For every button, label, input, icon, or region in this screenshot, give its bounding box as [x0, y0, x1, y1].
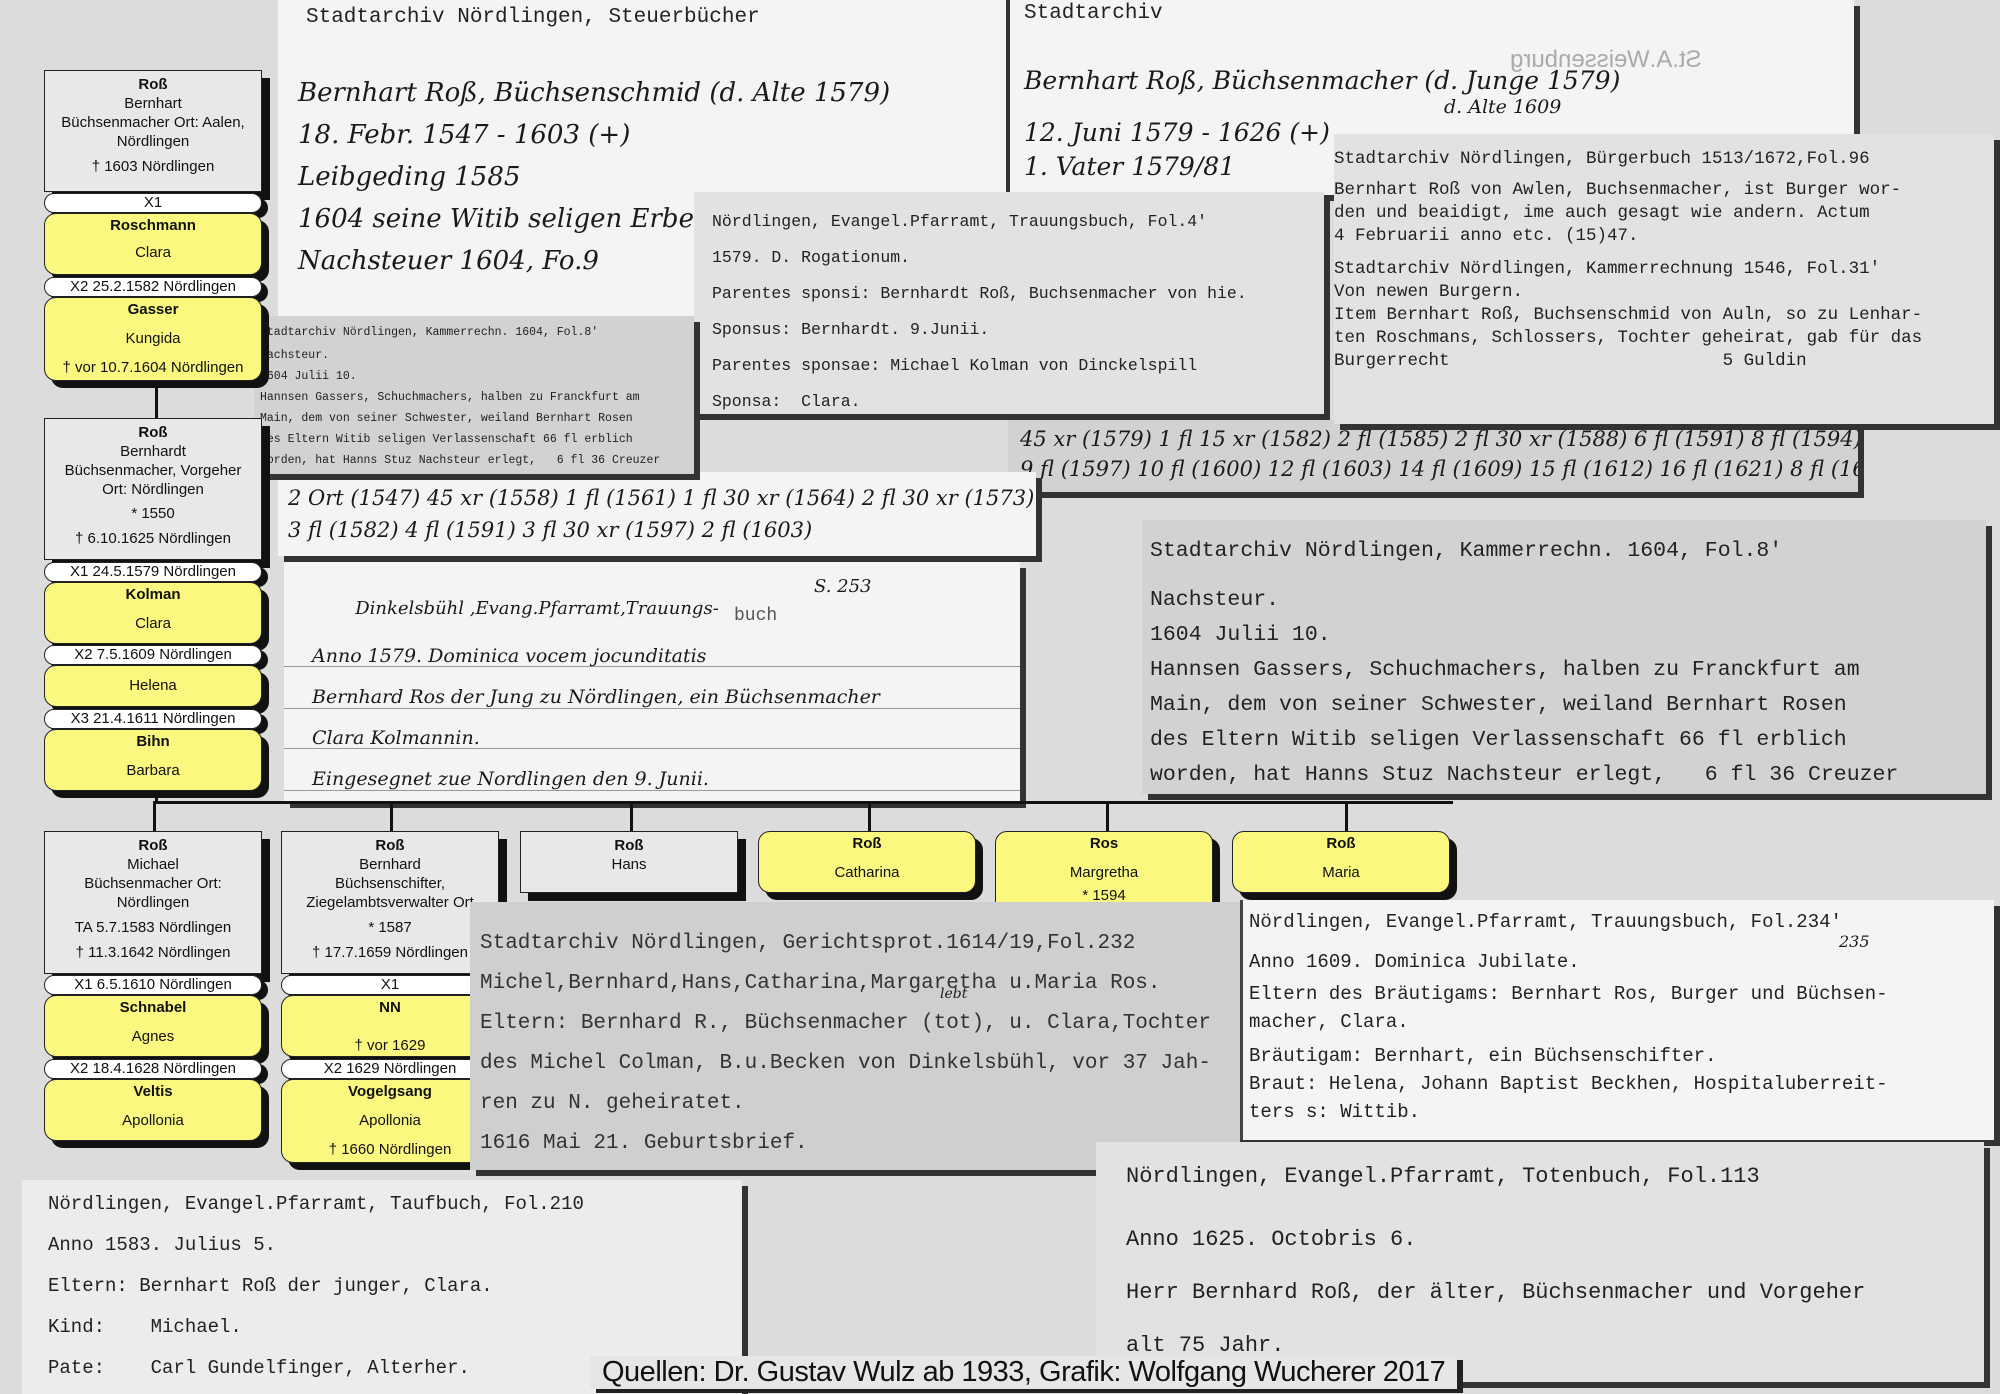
card-line: Parentes sponsi: Bernhardt Roß, Buchsenm…: [712, 276, 1247, 312]
given-name: Clara: [45, 243, 261, 262]
card-title: Stadtarchiv Nördlingen, Gerichtsprot.161…: [480, 924, 1211, 964]
surname: Gasser: [45, 300, 261, 319]
card-title: Stadtarchiv Nördlingen, Kammerrechnung 1…: [1334, 258, 1922, 281]
given-name: Clara: [45, 614, 261, 633]
spouse-veltis-apollonia[interactable]: Veltis Apollonia: [44, 1079, 262, 1141]
correction-note: 235: [1249, 936, 1888, 948]
given-name: Catharina: [759, 863, 975, 882]
hand-line: Bernhart Roß, Büchsenmacher (d. Junge 15…: [1024, 64, 1620, 98]
marriage-label: X2 25.2.1582 Nördlingen: [44, 277, 262, 297]
birth: * 1550: [45, 504, 261, 523]
surname: Roß: [45, 836, 261, 855]
page-number: S. 253: [814, 576, 872, 597]
card-title: Nördlingen, Evangel.Pfarramt, Trauungsbu…: [1249, 908, 1888, 936]
surname: Ros: [996, 834, 1212, 853]
given-name: Agnes: [45, 1027, 261, 1046]
spouse-helena[interactable]: Helena: [44, 665, 262, 707]
card-line: 4 Februarii anno etc. (15)47.: [1334, 225, 1922, 248]
card-line: Herr Bernhard Roß, der älter, Büchsenmac…: [1126, 1266, 1865, 1319]
card-line: den und beaidigt, ime auch gesagt wie an…: [1334, 202, 1922, 225]
card-title-cont: buch: [734, 606, 777, 626]
card-line: des Eltern Witib seligen Verlassenschaft…: [1150, 723, 1898, 758]
person-bernhart-ross-gen1[interactable]: Roß Bernhart Büchsenmacher Ort: Aalen, N…: [44, 70, 262, 192]
marriage-label: X2 7.5.1609 Nördlingen: [44, 645, 262, 665]
surname: NN: [282, 998, 498, 1017]
occupation: Büchsenmacher Ort:: [45, 874, 261, 893]
connector-line: [1345, 801, 1348, 831]
card-kammerrechnung-large: Stadtarchiv Nördlingen, Kammerrechn. 160…: [1142, 520, 1986, 794]
death: † vor 1629: [282, 1036, 498, 1055]
connector-line: [390, 801, 393, 831]
marriage-label: X1 6.5.1610 Nördlingen: [44, 975, 262, 995]
card-line: Nachsteur.: [1150, 583, 1898, 618]
occupation: Büchsenmacher, Vorgeher: [45, 461, 261, 480]
hand-line: 18. Febr. 1547 - 1603 (+): [298, 114, 890, 156]
given-name: Apollonia: [45, 1111, 261, 1130]
hand-line: d. Alte 1609: [1024, 98, 1620, 116]
death: † 17.7.1659 Nördlingen: [282, 943, 498, 962]
connector-line: [868, 801, 871, 831]
card-line: Anno 1609. Dominica Jubilate.: [1249, 948, 1888, 976]
occupation: Büchsenmacher Ort: Aalen,: [45, 113, 261, 132]
surname: Veltis: [45, 1082, 261, 1101]
card-line: Anno 1583. Julius 5.: [48, 1225, 584, 1266]
surname: Schnabel: [45, 998, 261, 1017]
card-dinkelsbuehl: Dinkelsbühl ,Evang.Pfarramt,Trauungs- S.…: [284, 562, 1020, 802]
card-trauungsbuch-1579: Nördlingen, Evangel.Pfarramt, Trauungsbu…: [694, 192, 1324, 414]
surname: Vogelgsang: [282, 1082, 498, 1101]
occupation: Büchsenschifter,: [282, 874, 498, 893]
given-name: Bernhart: [45, 94, 261, 113]
card-line: Sponsa: Clara.: [712, 384, 1247, 414]
card-title: Stadtarchiv Nördlingen, Bürgerbuch 1513/…: [1334, 148, 1922, 171]
given-name: Apollonia: [282, 1111, 498, 1130]
connector-line: [155, 791, 158, 801]
card-title: Stadtarchiv: [1024, 2, 1163, 25]
card-gerichtsprot: Stadtarchiv Nördlingen, Gerichtsprot.161…: [470, 902, 1240, 1170]
card-line: Eltern des Bräutigams: Bernhart Ros, Bur…: [1249, 980, 1888, 1008]
connector-line: [1106, 801, 1109, 831]
surname: Roß: [1233, 834, 1449, 853]
card-line: Item Bernhart Roß, Buchsenschmid von Aul…: [1334, 304, 1922, 327]
marriage-label: X1: [44, 193, 262, 213]
hand-line: Eingesegnet zue Nordlingen den 9. Junii.: [312, 759, 880, 800]
marriage-label: X2 1629 Nördlingen: [281, 1059, 499, 1079]
connector-line: [155, 381, 158, 419]
card-line: Michel,Bernhard,Hans,Catharina,Margareth…: [480, 964, 1211, 1004]
given-name: Kungida: [45, 329, 261, 348]
child-hans-ross[interactable]: Roß Hans: [520, 831, 738, 893]
source-credit: Quellen: Dr. Gustav Wulz ab 1933, Grafik…: [590, 1356, 1457, 1389]
card-line: Hannsen Gassers, Schuchmachers, halben z…: [1150, 653, 1898, 688]
given-name: Barbara: [45, 761, 261, 780]
card-title: Dinkelsbühl ,Evang.Pfarramt,Trauungs-: [355, 598, 719, 619]
hand-line: Clara Kolmannin.: [312, 718, 880, 759]
spouse-kolman-clara[interactable]: Kolman Clara: [44, 582, 262, 644]
death: † vor 10.7.1604 Nördlingen: [45, 358, 261, 377]
marriage-label: X3 21.4.1611 Nördlingen: [44, 709, 262, 729]
card-steuer-jung: 45 xr (1579) 1 fl 15 xr (1582) 2 fl (158…: [1008, 420, 1858, 492]
place: Ort: Nördlingen: [45, 480, 261, 499]
hand-line: Anno 1579. Dominica vocem jocunditatis: [312, 636, 880, 677]
death: † 1603 Nördlingen: [45, 157, 261, 176]
given-name: Margretha: [996, 863, 1212, 882]
card-line: Eltern: Bernhart Roß der junger, Clara.: [48, 1266, 584, 1307]
connector-line: [153, 801, 156, 831]
card-line: macher, Clara.: [1249, 1008, 1888, 1036]
card-line: 1604 Julii 10.: [260, 366, 660, 387]
hand-line: Bernhart Roß, Büchsenschmid (d. Alte 157…: [298, 72, 890, 114]
surname: Roß: [521, 836, 737, 855]
card-buergerbuch: Stadtarchiv Nördlingen, Bürgerbuch 1513/…: [1334, 134, 1994, 424]
hand-line: 3 fl (1582) 4 fl (1591) 3 fl 30 xr (1597…: [288, 514, 1036, 546]
birth: * 1587: [282, 918, 498, 937]
card-line: worden, hat Hanns Stuz Nachsteur erlegt,…: [260, 450, 660, 471]
hand-line: 9 fl (1597) 10 fl (1600) 12 fl (1603) 14…: [1020, 454, 1858, 484]
card-line: Main, dem von seiner Schwester, weiland …: [260, 408, 660, 429]
card-line: Parentes sponsae: Michael Kolman von Din…: [712, 348, 1247, 384]
given-name: Maria: [1233, 863, 1449, 882]
children-bar: [153, 801, 1453, 804]
marriage-label: X2 18.4.1628 Nördlingen: [44, 1059, 262, 1079]
spouse-bihn-barbara[interactable]: Bihn Barbara: [44, 729, 262, 791]
card-line: Von newen Burgern.: [1334, 281, 1922, 304]
card-line: Nachsteur.: [260, 345, 660, 366]
card-line: Anno 1625. Octobris 6.: [1126, 1213, 1865, 1266]
card-line: Sponsus: Bernhardt. 9.Junii.: [712, 312, 1247, 348]
card-line: ters s: Wittib.: [1249, 1098, 1888, 1126]
surname: Kolman: [45, 585, 261, 604]
card-line: Burgerrecht 5 Guldin: [1334, 350, 1922, 373]
card-title: Nördlingen, Evangel.Pfarramt, Totenbuch,…: [1126, 1150, 1865, 1203]
child-catharina-ross[interactable]: Roß Catharina: [758, 831, 976, 893]
child-bernhard-ross[interactable]: Roß Bernhard Büchsenschifter, Ziegelambt…: [281, 831, 499, 974]
card-title: Stadtarchiv Nördlingen, Steuerbücher: [306, 6, 760, 29]
death: † 11.3.1642 Nördlingen: [45, 943, 261, 962]
place: Ziegelambtsverwalter Ort: [282, 893, 498, 912]
death: † 6.10.1625 Nördlingen: [45, 529, 261, 548]
card-line: Main, dem von seiner Schwester, weiland …: [1150, 688, 1898, 723]
card-line: ten Roschmans, Schlossers, Tochter gehei…: [1334, 327, 1922, 350]
card-line: 1604 Julii 10.: [1150, 618, 1898, 653]
surname: Roß: [45, 423, 261, 442]
given-name: Helena: [45, 676, 261, 695]
person-bernhardt-ross-gen2[interactable]: Roß Bernhardt Büchsenmacher, Vorgeher Or…: [44, 418, 262, 560]
hand-line: 2 Ort (1547) 45 xr (1558) 1 fl (1561) 1 …: [288, 482, 1036, 514]
card-title: Stadtarchiv Nördlingen, Kammerrechn. 160…: [1150, 534, 1898, 569]
spouse-schnabel-agnes[interactable]: Schnabel Agnes: [44, 995, 262, 1057]
card-title: Nördlingen, Evangel.Pfarramt, Trauungsbu…: [712, 204, 1247, 240]
spouse-vogelgsang-apollonia[interactable]: Vogelgsang Apollonia † 1660 Nördlingen: [281, 1079, 499, 1163]
card-line: Bernhart Roß von Awlen, Buchsenmacher, i…: [1334, 179, 1922, 202]
card-title: Stadtarchiv Nördlingen, Kammerrechn. 160…: [260, 322, 660, 343]
card-line: Hannsen Gassers, Schuchmachers, halben z…: [260, 387, 660, 408]
place: Nördlingen: [45, 893, 261, 912]
baptism: TA 5.7.1583 Nördlingen: [45, 918, 261, 937]
given-name: Michael: [45, 855, 261, 874]
child-maria-ross[interactable]: Roß Maria: [1232, 831, 1450, 893]
child-michael-ross[interactable]: Roß Michael Büchsenmacher Ort: Nördlinge…: [44, 831, 262, 974]
card-kammerrechnung-small: Stadtarchiv Nördlingen, Kammerrechn. 160…: [254, 316, 694, 474]
surname: Roß: [282, 836, 498, 855]
card-line: worden, hat Hanns Stuz Nachsteur erlegt,…: [1150, 758, 1898, 793]
card-line: Bräutigam: Bernhart, ein Büchsenschifter…: [1249, 1042, 1888, 1070]
marriage-label: X1: [281, 975, 499, 995]
card-trauungsbuch-1609: Nördlingen, Evangel.Pfarramt, Trauungsbu…: [1240, 900, 1994, 1140]
card-line: Eltern: Bernhard R., Büchsenmacher (tot)…: [480, 1004, 1211, 1044]
surname: Bihn: [45, 732, 261, 751]
spouse-roschmann-clara[interactable]: Roschmann Clara: [44, 213, 262, 275]
card-steuer-alt: 2 Ort (1547) 45 xr (1558) 1 fl (1561) 1 …: [278, 472, 1036, 556]
place: Nördlingen: [45, 132, 261, 151]
card-line: ren zu N. geheiratet.: [480, 1084, 1211, 1124]
card-title: Nördlingen, Evangel.Pfarramt, Taufbuch, …: [48, 1184, 584, 1225]
surname: Roß: [759, 834, 975, 853]
correction-note: lebt: [940, 986, 967, 1002]
card-line: Braut: Helena, Johann Baptist Beckhen, H…: [1249, 1070, 1888, 1098]
card-line: Pate: Carl Gundelfinger, Alterher.: [48, 1348, 584, 1389]
hand-line: 45 xr (1579) 1 fl 15 xr (1582) 2 fl (158…: [1020, 424, 1858, 454]
hand-line: Bernhard Ros der Jung zu Nördlingen, ein…: [312, 677, 880, 718]
spouse-nn[interactable]: NN † vor 1629: [281, 995, 499, 1057]
card-totenbuch: Nördlingen, Evangel.Pfarramt, Totenbuch,…: [1096, 1142, 1984, 1382]
given-name: Bernhardt: [45, 442, 261, 461]
card-line: des Eltern Witib seligen Verlassenschaft…: [260, 429, 660, 450]
marriage-label: X1 24.5.1579 Nördlingen: [44, 562, 262, 582]
death: † 1660 Nördlingen: [282, 1140, 498, 1159]
given-name: Hans: [521, 855, 737, 874]
surname: Roschmann: [45, 216, 261, 235]
card-line: Kind: Michael.: [48, 1307, 584, 1348]
card-line: 1579. D. Rogationum.: [712, 240, 1247, 276]
given-name: Bernhard: [282, 855, 498, 874]
spouse-gasser-kungida[interactable]: Gasser Kungida † vor 10.7.1604 Nördlinge…: [44, 297, 262, 381]
card-line: des Michel Colman, B.u.Becken von Dinkel…: [480, 1044, 1211, 1084]
surname: Roß: [45, 75, 261, 94]
connector-line: [630, 801, 633, 831]
